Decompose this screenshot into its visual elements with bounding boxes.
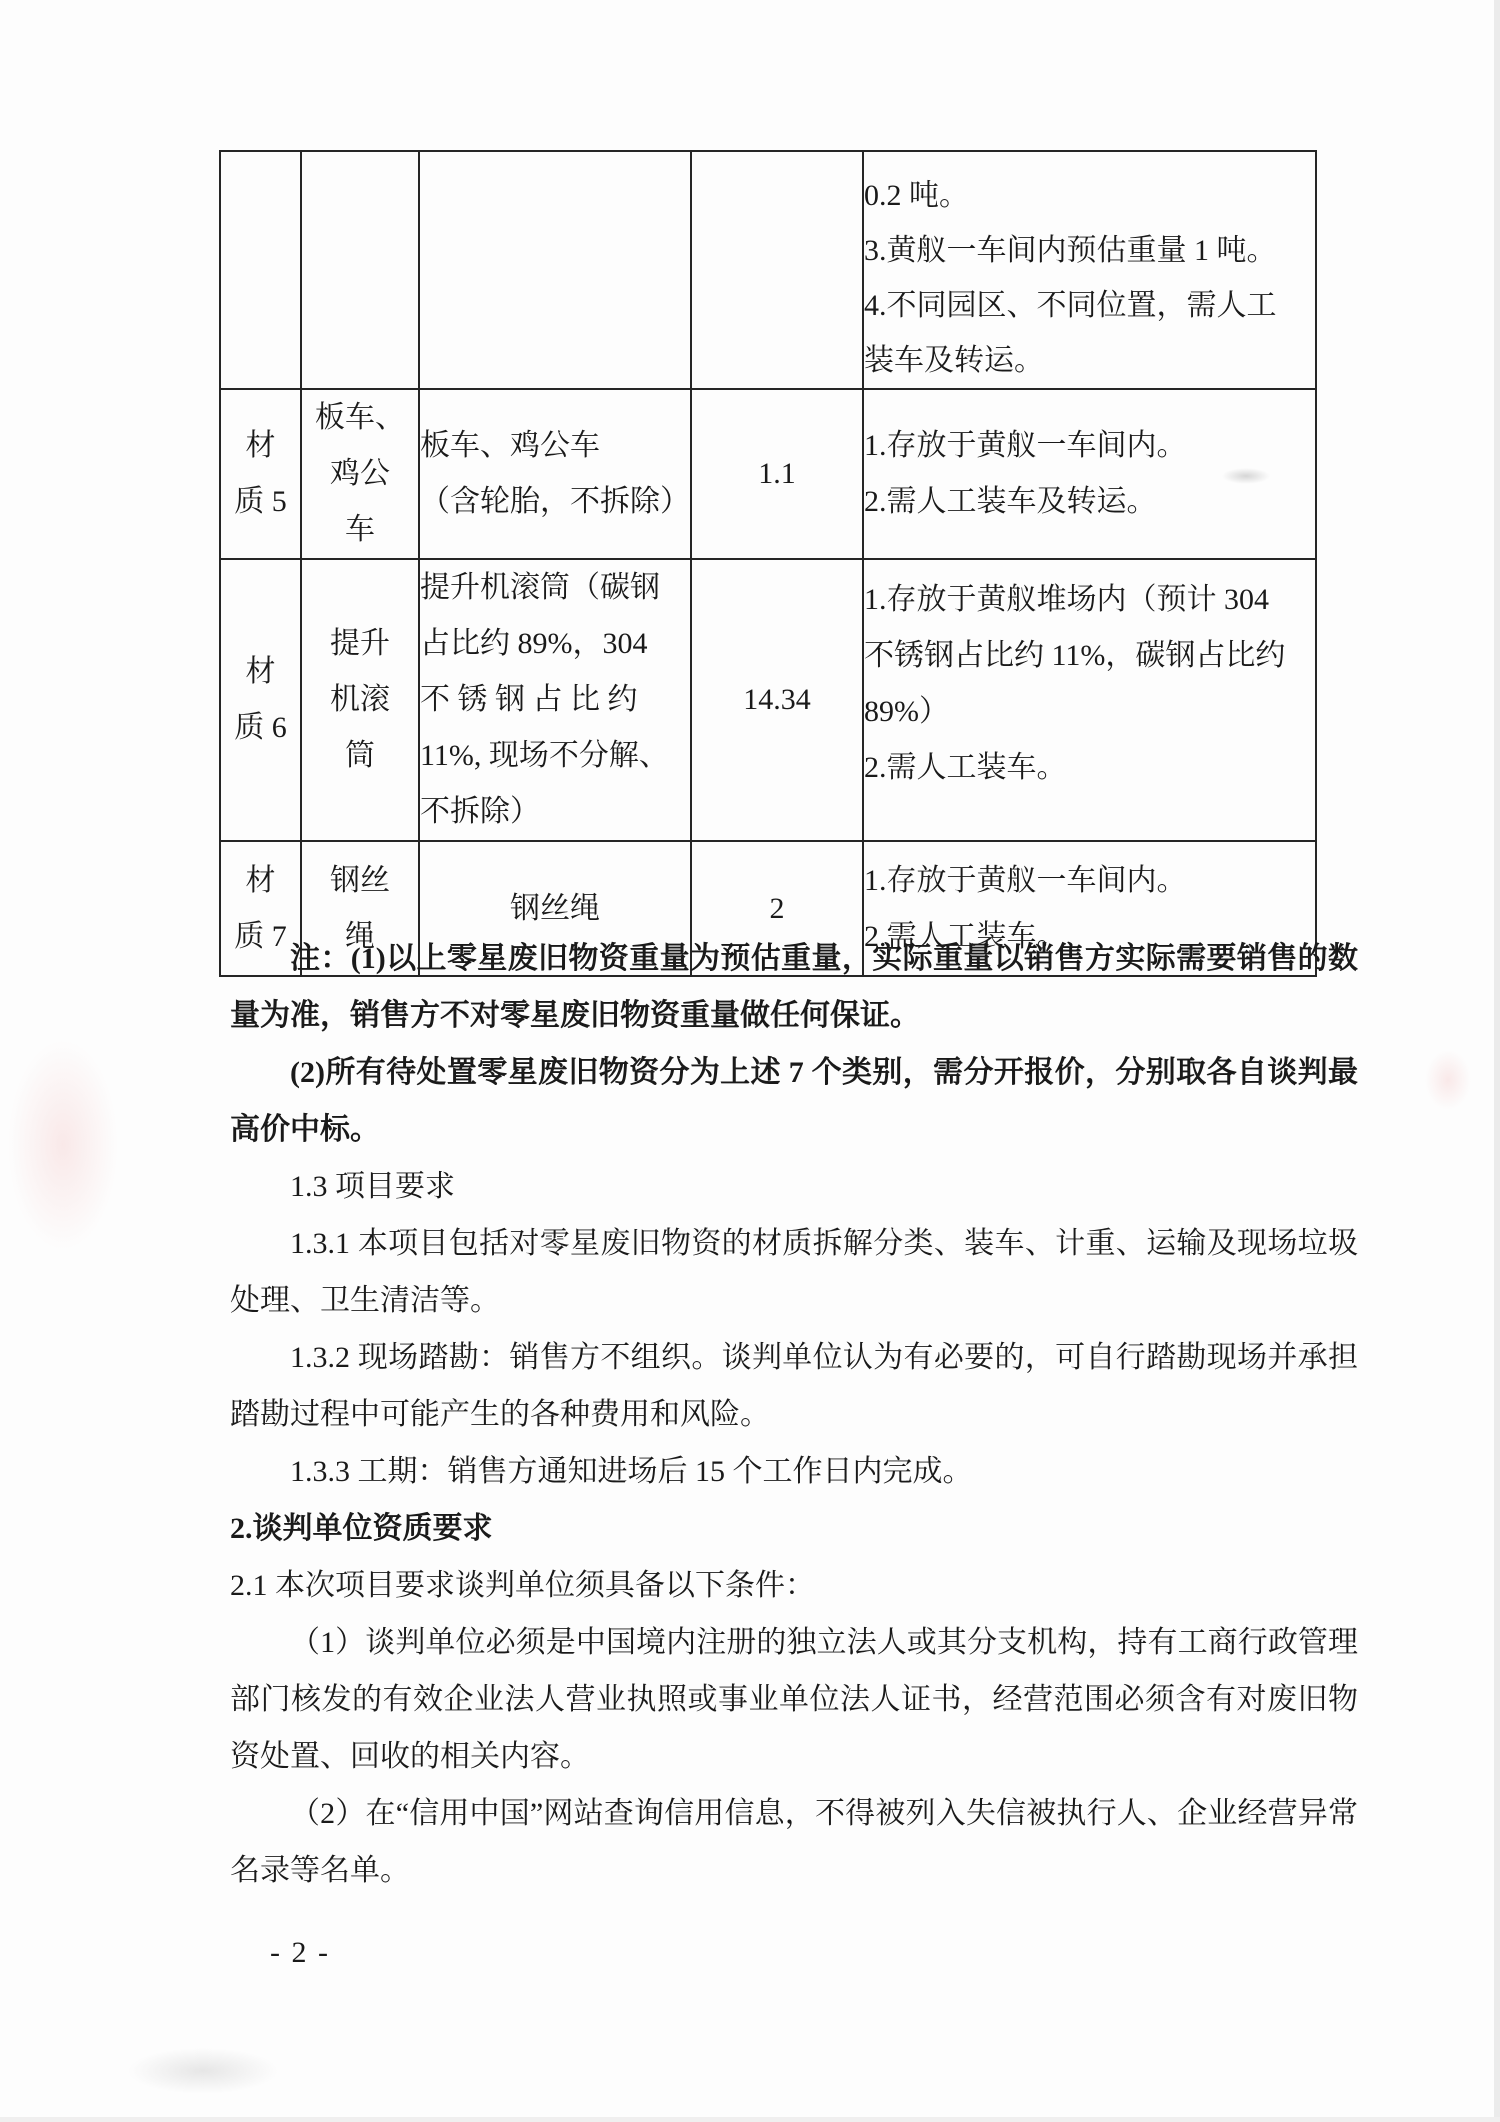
description-cell xyxy=(419,151,691,389)
section-1-3-2: 1.3.2 现场踏勘：销售方不组织。谈判单位认为有必要的，可自行踏勘现场并承担踏… xyxy=(230,1329,1358,1443)
name-cell xyxy=(301,151,419,389)
condition-1: （1）谈判单位必须是中国境内注册的独立法人或其分支机构，持有工商行政管理部门核发… xyxy=(230,1614,1358,1785)
table-row-material-6: 材 质 6 提升 机滚 筒 提升机滚筒（碳钢 占比约 89%，304 不 锈 钢… xyxy=(220,559,1316,841)
body-text: 注：(1)以上零星废旧物资重量为预估重量，实际重量以销售方实际需要销售的数量为准… xyxy=(230,930,1358,1899)
material-cell xyxy=(220,151,301,389)
section-1-3-1: 1.3.1 本项目包括对零星废旧物资的材质拆解分类、装车、计重、运输及现场垃圾处… xyxy=(230,1215,1358,1329)
table-row-continuation: 0.2 吨。 3.黄舣一车间内预估重量 1 吨。 4.不同园区、不同位置，需人工… xyxy=(220,151,1316,389)
scan-artifact xyxy=(1425,1050,1471,1110)
description-cell: 板车、鸡公车 （含轮胎，不拆除） xyxy=(419,389,691,559)
note-paragraph-1: 注：(1)以上零星废旧物资重量为预估重量，实际重量以销售方实际需要销售的数量为准… xyxy=(230,930,1358,1044)
note-paragraph-2: (2)所有待处置零星废旧物资分为上述 7 个类别，需分开报价，分别取各自谈判最高… xyxy=(230,1044,1358,1158)
section-2-1: 2.1 本次项目要求谈判单位须具备以下条件： xyxy=(230,1557,1358,1614)
scrap-materials-table: 0.2 吨。 3.黄舣一车间内预估重量 1 吨。 4.不同园区、不同位置，需人工… xyxy=(219,150,1317,977)
section-1-3-heading: 1.3 项目要求 xyxy=(230,1158,1358,1215)
notes-cell: 1.存放于黄舣一车间内。 2.需人工装车及转运。 xyxy=(863,389,1316,559)
name-cell: 提升 机滚 筒 xyxy=(301,559,419,841)
condition-2: （2）在“信用中国”网站查询信用信息，不得被列入失信被执行人、企业经营异常名录等… xyxy=(230,1785,1358,1899)
description-cell: 提升机滚筒（碳钢 占比约 89%，304 不 锈 钢 占 比 约 11%, 现场… xyxy=(419,559,691,841)
weight-cell: 14.34 xyxy=(691,559,863,841)
section-2-heading: 2.谈判单位资质要求 xyxy=(230,1500,1358,1557)
table-row-material-5: 材 质 5 板车、 鸡公 车 板车、鸡公车 （含轮胎，不拆除） 1.1 1.存放… xyxy=(220,389,1316,559)
weight-cell xyxy=(691,151,863,389)
section-1-3-3: 1.3.3 工期：销售方通知进场后 15 个工作日内完成。 xyxy=(230,1443,1358,1500)
scan-edge-bottom xyxy=(0,2117,1500,2122)
weight-cell: 1.1 xyxy=(691,389,863,559)
notes-cell: 1.存放于黄舣堆场内（预计 304 不锈钢占比约 11%，碳钢占比约 89%） … xyxy=(863,559,1316,841)
page-number: - 2 - xyxy=(270,1936,330,1970)
scan-edge-right xyxy=(1494,0,1500,2122)
scanned-document-page: { "table": { "rows": [ { "material": "",… xyxy=(0,0,1500,2122)
notes-cell: 0.2 吨。 3.黄舣一车间内预估重量 1 吨。 4.不同园区、不同位置，需人工… xyxy=(863,151,1316,389)
scan-artifact xyxy=(128,2048,278,2094)
scan-artifact xyxy=(8,1040,118,1250)
material-cell: 材 质 5 xyxy=(220,389,301,559)
name-cell: 板车、 鸡公 车 xyxy=(301,389,419,559)
material-cell: 材 质 6 xyxy=(220,559,301,841)
